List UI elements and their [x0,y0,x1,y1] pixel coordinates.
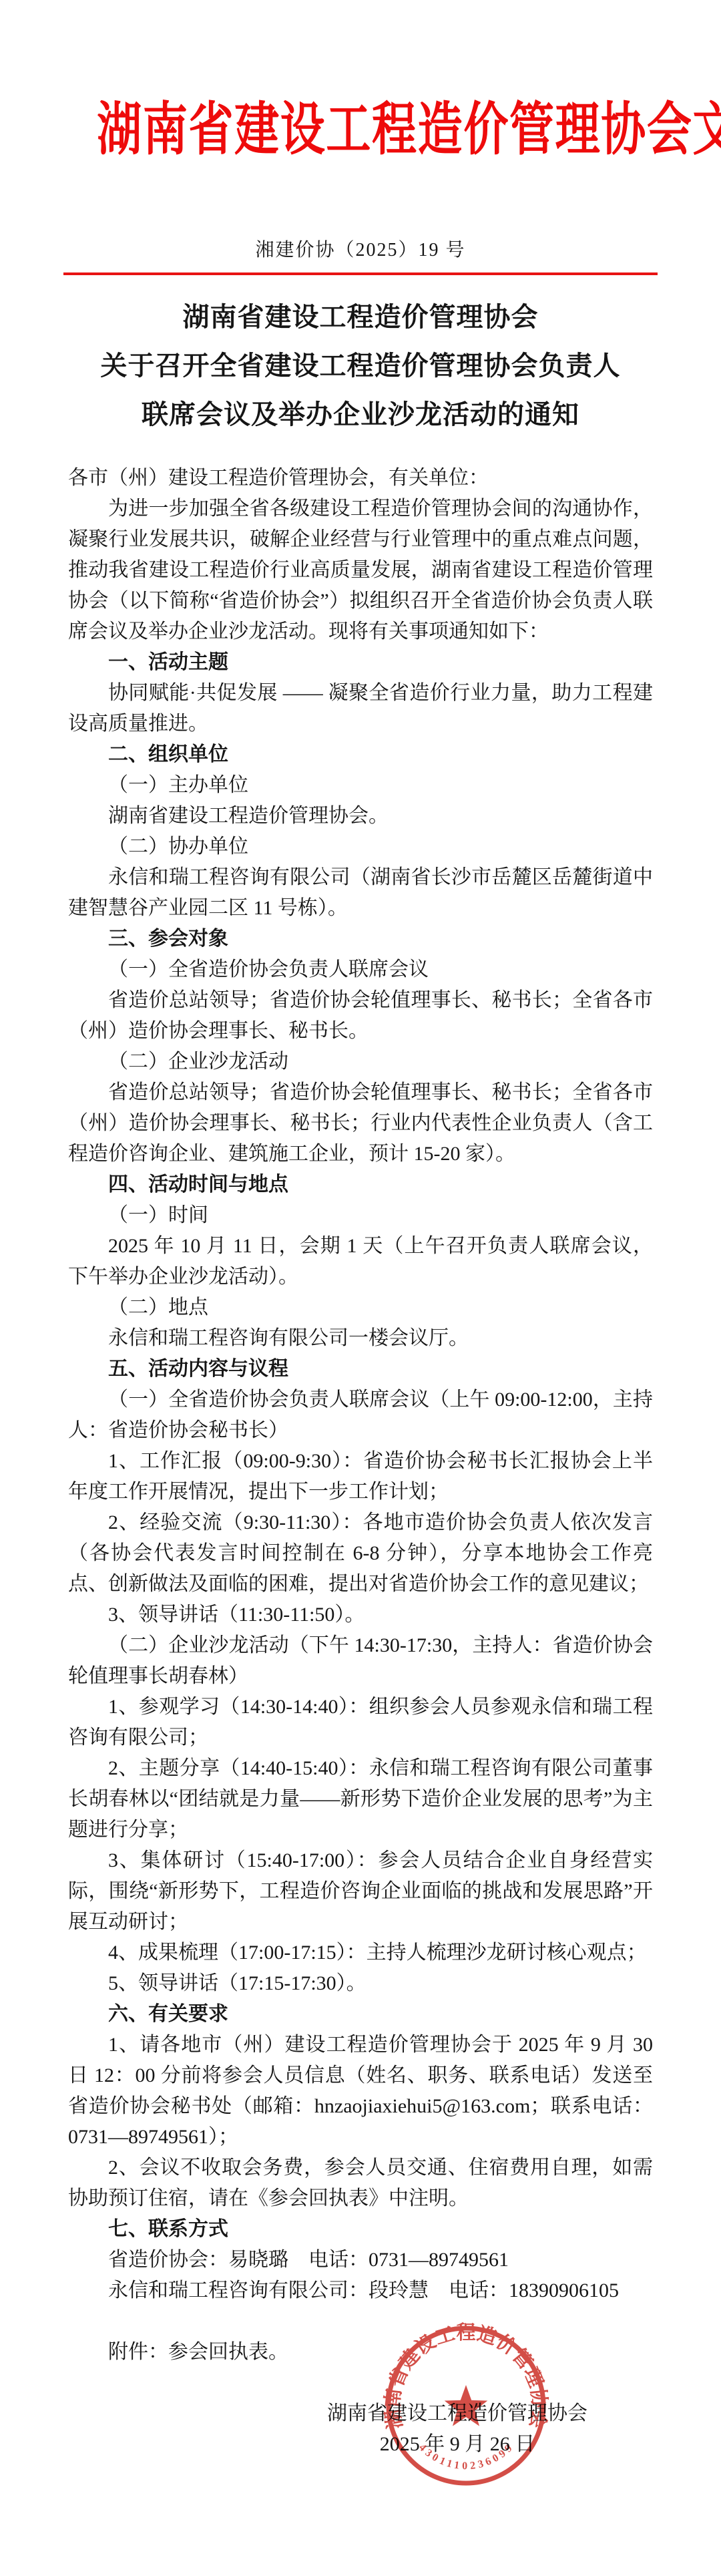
sub-heading: （二）企业沙龙活动 [68,1047,653,1077]
sub-heading: （一）全省造价协会负责人联席会议 [68,954,653,985]
sub-heading: （二）协办单位 [68,832,653,862]
section-heading: 七、联系方式 [68,2214,653,2245]
paragraph: 各市（州）建设工程造价管理协会，有关单位： [68,463,653,494]
paragraph: 为进一步加强全省各级建设工程造价管理协会间的沟通协作，凝聚行业发展共识，破解企业… [68,494,653,647]
paragraph: 2、主题分享（14:40-15:40）：永信和瑞工程咨询有限公司董事长胡春林以“… [68,1753,653,1845]
paragraph: 永信和瑞工程咨询有限公司（湖南省长沙市岳麓区岳麓街道中建智慧谷产业园二区 11 … [68,862,653,924]
section-heading: 三、参会对象 [68,924,653,954]
red-divider-line [63,272,658,275]
signature-date: 2025 年 9 月 26 日 [327,2429,587,2460]
document-title: 湖南省建设工程造价管理协会 关于召开全省建设工程造价管理协会负责人 联席会议及举… [0,293,721,439]
section-heading: 二、组织单位 [68,739,653,770]
paragraph: 1、请各地市（州）建设工程造价管理协会于 2025 年 9 月 30 日 12：… [68,2030,653,2153]
signature-block: 湖南省建设工程造价管理协会 2025 年 9 月 26 日 [327,2398,587,2460]
banner-title: 湖南省建设工程造价管理协会文件 [97,83,721,166]
paragraph: 湖南省建设工程造价管理协会。 [68,801,653,832]
section-heading: 四、活动时间与地点 [68,1169,653,1200]
paragraph: 3、集体研讨（15:40-17:00）：参会人员结合企业自身经营实际，围绕“新形… [68,1845,653,1938]
paragraph: 永信和瑞工程咨询有限公司一楼会议厅。 [68,1323,653,1354]
paragraph: 1、工作汇报（09:00-9:30）：省造价协会秘书长汇报协会上半年度工作开展情… [68,1446,653,1507]
paragraph: 省造价总站领导；省造价协会轮值理事长、秘书长；全省各市（州）造价协会理事长、秘书… [68,1077,653,1169]
sub-heading: （二）企业沙龙活动（下午 14:30-17:30，主持人：省造价协会轮值理事长胡… [68,1630,653,1692]
red-header-banner: 湖南省建设工程造价管理协会文件 [0,0,721,166]
paragraph: 3、领导讲话（11:30-11:50）。 [68,1600,653,1630]
paragraph: 4、成果梳理（17:00-17:15）：主持人梳理沙龙研讨核心观点； [68,1938,653,1968]
paragraph: 2025 年 10 月 11 日，会期 1 天（上午召开负责人联席会议，下午举办… [68,1231,653,1292]
section-heading: 六、有关要求 [68,1999,653,2030]
document-title-line-1: 湖南省建设工程造价管理协会 [0,293,721,341]
sub-heading: （一）主办单位 [68,770,653,801]
document-body: 各市（州）建设工程造价管理协会，有关单位：为进一步加强全省各级建设工程造价管理协… [68,463,653,2306]
paragraph: 2、经验交流（9:30-11:30）：各地市造价协会负责人依次发言（各协会代表发… [68,1507,653,1600]
document-title-line-2: 关于召开全省建设工程造价管理协会负责人 [0,341,721,390]
attachment-note: 附件：参会回执表。 [68,2337,653,2368]
document-title-line-3: 联席会议及举办企业沙龙活动的通知 [0,390,721,439]
paragraph: 2、会议不收取会务费，参会人员交通、住宿费用自理，如需协助预订住宿，请在《参会回… [68,2153,653,2214]
paragraph: 省造价总站领导；省造价协会轮值理事长、秘书长；全省各市（州）造价协会理事长、秘书… [68,985,653,1047]
paragraph: 1、参观学习（14:30-14:40）：组织参会人员参观永信和瑞工程咨询有限公司… [68,1692,653,1753]
paragraph: 5、领导讲话（17:15-17:30）。 [68,1968,653,1999]
paragraph: 永信和瑞工程咨询有限公司：段玲慧 电话：18390906105 [68,2275,653,2306]
paragraph: 协同赋能·共促发展 —— 凝聚全省造价行业力量，助力工程建设高质量推进。 [68,678,653,739]
section-heading: 五、活动内容与议程 [68,1354,653,1385]
document-number: 湘建价协（2025）19 号 [0,235,721,262]
sub-heading: （一）全省造价协会负责人联席会议（上午 09:00-12:00，主持人：省造价协… [68,1385,653,1446]
sub-heading: （一）时间 [68,1200,653,1231]
document-page: 湖南省建设工程造价管理协会文件 湘建价协（2025）19 号 湖南省建设工程造价… [0,0,721,2576]
section-heading: 一、活动主题 [68,647,653,678]
signature-organization: 湖南省建设工程造价管理协会 [327,2398,587,2429]
paragraph: 省造价协会：易晓璐 电话：0731—89749561 [68,2245,653,2275]
sub-heading: （二）地点 [68,1292,653,1323]
